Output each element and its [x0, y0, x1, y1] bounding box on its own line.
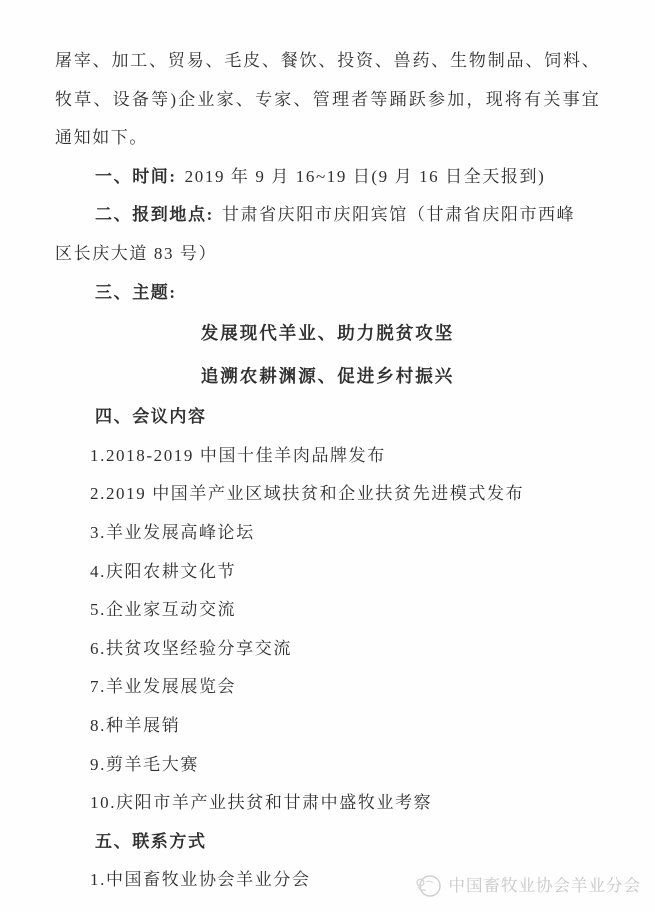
agenda-item-9: 9.剪羊毛大赛	[55, 746, 600, 785]
agenda-item-10: 10.庆阳市羊产业扶贫和甘肃中盛牧业考察	[55, 784, 600, 823]
agenda-item-4: 4.庆阳农耕文化节	[55, 553, 600, 592]
intro-line-1: 屠宰、加工、贸易、毛皮、餐饮、投资、兽药、生物制品、饲料、	[55, 42, 600, 81]
section-agenda-heading: 四、会议内容	[55, 398, 600, 437]
sheep-association-logo-icon	[414, 872, 442, 900]
section-venue-label: 二、报到地点:	[95, 205, 214, 224]
agenda-item-7: 7.羊业发展展览会	[55, 668, 600, 707]
section-time-value: 2019 年 9 月 16~19 日(9 月 16 日全天报到)	[185, 167, 546, 186]
notice-page: 屠宰、加工、贸易、毛皮、餐饮、投资、兽药、生物制品、饲料、 牧草、设备等)企业家…	[0, 0, 655, 912]
section-time: 一、时间:2019 年 9 月 16~19 日(9 月 16 日全天报到)	[55, 158, 600, 197]
section-venue: 二、报到地点:甘肃省庆阳市庆阳宾馆（甘肃省庆阳市西峰	[55, 196, 600, 235]
section-contact-heading: 五、联系方式	[55, 823, 600, 862]
agenda-item-8: 8.种羊展销	[55, 707, 600, 746]
theme-line-2: 追溯农耕渊源、促进乡村振兴	[55, 355, 600, 398]
agenda-item-5: 5.企业家互动交流	[55, 591, 600, 630]
section-theme-heading: 三、主题:	[55, 274, 600, 313]
watermark: 中国畜牧业协会羊业分会	[414, 872, 642, 900]
section-time-label: 一、时间:	[95, 167, 177, 186]
intro-line-3: 通知如下。	[55, 119, 600, 158]
theme-line-1: 发展现代羊业、助力脱贫攻坚	[55, 312, 600, 355]
watermark-text: 中国畜牧业协会羊业分会	[449, 872, 642, 900]
agenda-item-1: 1.2018-2019 中国十佳羊肉品牌发布	[55, 437, 600, 476]
section-venue-value: 甘肃省庆阳市庆阳宾馆（甘肃省庆阳市西峰	[222, 205, 575, 224]
intro-line-2: 牧草、设备等)企业家、专家、管理者等踊跃参加，现将有关事宜	[55, 81, 600, 120]
agenda-item-3: 3.羊业发展高峰论坛	[55, 514, 600, 553]
section-venue-continuation: 区长庆大道 83 号）	[55, 235, 600, 274]
agenda-item-2: 2.2019 中国羊产业区域扶贫和企业扶贫先进模式发布	[55, 475, 600, 514]
notice-body: 屠宰、加工、贸易、毛皮、餐饮、投资、兽药、生物制品、饲料、 牧草、设备等)企业家…	[55, 42, 600, 900]
agenda-item-6: 6.扶贫攻坚经验分享交流	[55, 630, 600, 669]
